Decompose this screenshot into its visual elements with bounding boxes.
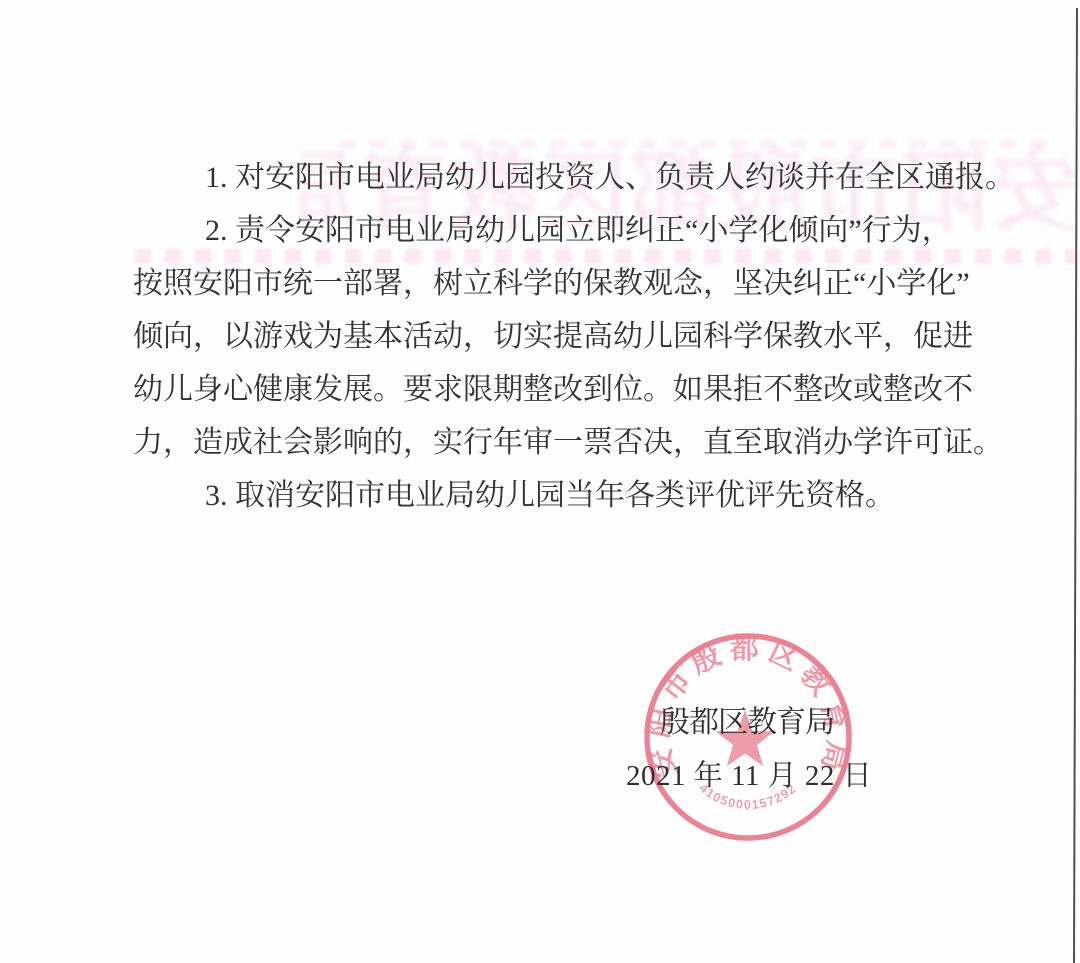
signature-issuer: 殷都区教育局 bbox=[660, 697, 834, 741]
body-line-2: 2. 责令安阳市电业局幼儿园立即纠正“小学化倾向”行为， bbox=[133, 204, 973, 257]
ink-bleed-streak bbox=[340, 140, 1060, 148]
body-line-6: 力，造成社会影响的，实行年审一票否决，直至取消办学许可证。 bbox=[133, 416, 973, 469]
body-line-3: 按照安阳市统一部署，树立科学的保教观念，坚决纠正“小学化” bbox=[133, 257, 973, 310]
body-line-4: 倾向，以游戏为基本活动，切实提高幼儿园科学保教水平，促进 bbox=[133, 310, 973, 363]
signature-date: 2021 年 11 月 22 日 bbox=[626, 753, 872, 794]
body-line-7: 3. 取消安阳市电业局幼儿园当年各类评优评先资格。 bbox=[133, 469, 973, 522]
document-body: 1. 对安阳市电业局幼儿园投资人、负责人约谈并在全区通报。 2. 责令安阳市电业… bbox=[133, 151, 973, 522]
body-line-1: 1. 对安阳市电业局幼儿园投资人、负责人约谈并在全区通报。 bbox=[133, 151, 973, 204]
document-page: 安阳市殷都区教育局文件 1. 对安阳市电业局幼儿园投资人、负责人约谈并在全区通报… bbox=[0, 0, 1080, 963]
body-line-5: 幼儿身心健康发展。要求限期整改到位。如果拒不整改或整改不 bbox=[133, 363, 973, 416]
scan-edge-line bbox=[1073, 8, 1078, 963]
